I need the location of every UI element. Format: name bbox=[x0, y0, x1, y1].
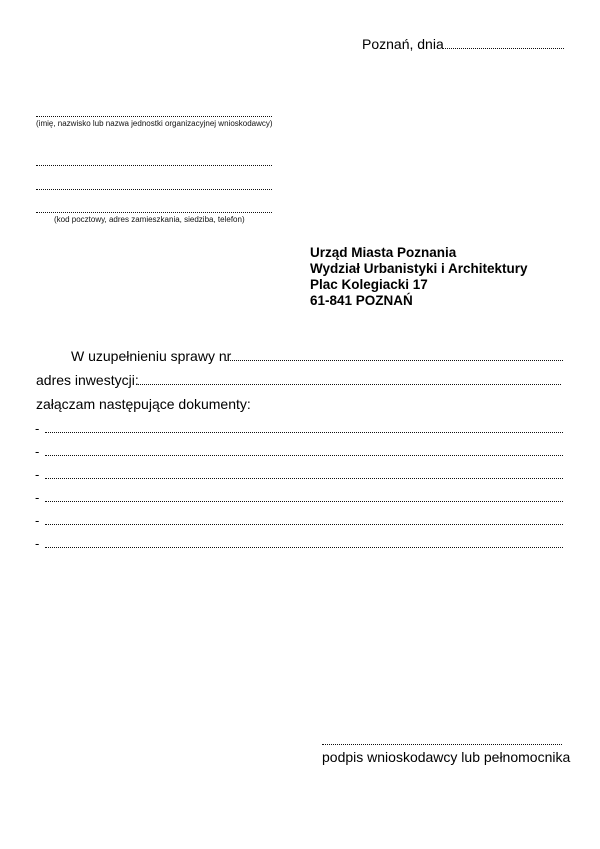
attachment-bullet: - bbox=[35, 467, 39, 482]
attachment-bullet: - bbox=[35, 490, 39, 505]
attachment-line-2[interactable] bbox=[45, 455, 563, 456]
attachment-bullet: - bbox=[35, 536, 39, 551]
date-input-line[interactable] bbox=[443, 48, 564, 49]
attachments-label: załączam następujące dokumenty: bbox=[36, 396, 251, 412]
attachment-line-4[interactable] bbox=[45, 501, 563, 502]
applicant-name-caption: (imię, nazwisko lub nazwa jednostki orga… bbox=[36, 119, 273, 128]
recipient-line-office: Urząd Miasta Poznania bbox=[310, 245, 528, 261]
investment-address-line[interactable] bbox=[136, 384, 561, 385]
recipient-line-street: Plac Kolegiacki 17 bbox=[310, 277, 528, 293]
attachment-line-1[interactable] bbox=[45, 432, 563, 433]
attachment-line-6[interactable] bbox=[45, 547, 563, 548]
place-date-field: Poznań, dnia bbox=[362, 36, 444, 52]
case-number-line[interactable] bbox=[226, 360, 563, 361]
place-date-label: Poznań, dnia bbox=[362, 36, 444, 52]
attachment-line-3[interactable] bbox=[45, 478, 563, 479]
applicant-address-line-3[interactable] bbox=[36, 212, 272, 213]
recipient-line-department: Wydział Urbanistyki i Architektury bbox=[310, 261, 528, 277]
signature-line[interactable] bbox=[322, 744, 562, 745]
attachment-line-5[interactable] bbox=[45, 524, 563, 525]
applicant-name-line[interactable] bbox=[36, 116, 272, 117]
applicant-address-caption: (kod pocztowy, adres zamieszkania, siedz… bbox=[54, 215, 245, 224]
attachment-bullet: - bbox=[35, 444, 39, 459]
investment-address-label: adres inwestycji: bbox=[36, 372, 139, 388]
case-number-label: W uzupełnieniu sprawy nr bbox=[71, 348, 231, 364]
recipient-address: Urząd Miasta Poznania Wydział Urbanistyk… bbox=[310, 245, 528, 309]
attachment-bullet: - bbox=[35, 421, 39, 436]
recipient-line-postal: 61-841 POZNAŃ bbox=[310, 293, 528, 309]
signature-label: podpis wnioskodawcy lub pełnomocnika bbox=[322, 749, 570, 765]
applicant-address-line-2[interactable] bbox=[36, 189, 272, 190]
attachment-bullet: - bbox=[35, 513, 39, 528]
applicant-address-line-1[interactable] bbox=[36, 165, 272, 166]
